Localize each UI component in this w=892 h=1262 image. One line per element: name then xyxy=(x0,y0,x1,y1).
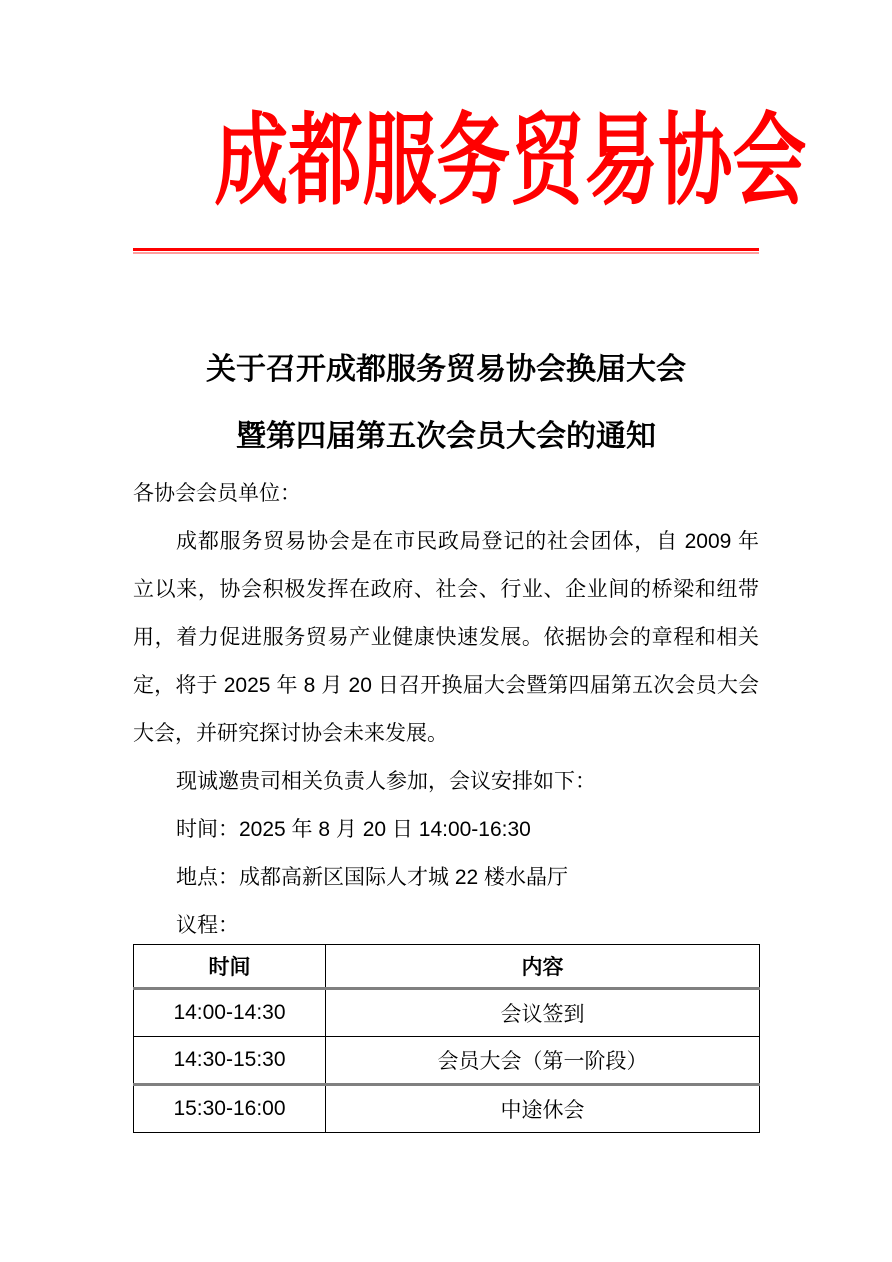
organization-title: 成都服务贸易协会 xyxy=(214,104,677,216)
paragraph1-line5: 大会，并研究探讨协会未来发展。 xyxy=(133,710,759,758)
agenda-row-3-content: 中途休会 xyxy=(326,1085,760,1133)
paragraph1-line2: 立以来，协会积极发挥在政府、社会、行业、企业间的桥梁和纽带作 xyxy=(133,566,759,614)
agenda-label: 议程： xyxy=(133,902,759,950)
paragraph1-line1: 成都服务贸易协会是在市民政局登记的社会团体，自 2009 年成 xyxy=(133,518,759,566)
notice-title-line1: 关于召开成都服务贸易协会换届大会 xyxy=(133,352,759,388)
paragraph1-line4: 定，将于 2025 年 8 月 20 日召开换届大会暨第四届第五次会员大会 xyxy=(133,662,759,710)
notice-title-line2: 暨第四届第五次会员大会的通知 xyxy=(133,419,759,455)
letterhead: 成都服务贸易协会 xyxy=(133,0,759,254)
letterhead-double-rule xyxy=(133,248,759,254)
agenda-header-content: 内容 xyxy=(326,945,760,989)
salutation: 各协会会员单位： xyxy=(133,470,759,518)
notice-heading: 关于召开成都服务贸易协会换届大会 暨第四届第五次会员大会的通知 xyxy=(133,352,759,455)
agenda-row-2-content: 会员大会（第一阶段） xyxy=(326,1037,760,1085)
agenda-row-3: 15:30-16:00 中途休会 xyxy=(134,1085,760,1133)
agenda-row-2: 14:30-15:30 会员大会（第一阶段） xyxy=(134,1037,760,1085)
agenda-table: 时间 内容 14:00-14:30 会议签到 14:30-15:30 会员大会（… xyxy=(133,944,760,1133)
agenda-row-3-time: 15:30-16:00 xyxy=(134,1085,326,1133)
meeting-place-line: 地点：成都高新区国际人才城 22 楼水晶厅 xyxy=(133,854,759,902)
agenda-row-2-time: 14:30-15:30 xyxy=(134,1037,326,1085)
paragraph1-line3: 用，着力促进服务贸易产业健康快速发展。依据协会的章程和相关规 xyxy=(133,614,759,662)
notice-body: 各协会会员单位： 成都服务贸易协会是在市民政局登记的社会团体，自 2009 年成… xyxy=(133,470,759,950)
document-content: 成都服务贸易协会 关于召开成都服务贸易协会换届大会 暨第四届第五次会员大会的通知… xyxy=(133,0,759,1133)
agenda-header-time: 时间 xyxy=(134,945,326,989)
agenda-header-row: 时间 内容 xyxy=(134,945,760,989)
document-page: 成都服务贸易协会 关于召开成都服务贸易协会换届大会 暨第四届第五次会员大会的通知… xyxy=(0,0,892,1262)
invite-line: 现诚邀贵司相关负责人参加，会议安排如下： xyxy=(133,758,759,806)
agenda-row-1-content: 会议签到 xyxy=(326,989,760,1037)
agenda-row-1-time: 14:00-14:30 xyxy=(134,989,326,1037)
rule-sub-line xyxy=(133,252,759,254)
agenda-row-1: 14:00-14:30 会议签到 xyxy=(134,989,760,1037)
meeting-time-line: 时间：2025 年 8 月 20 日 14:00-16:30 xyxy=(133,806,759,854)
